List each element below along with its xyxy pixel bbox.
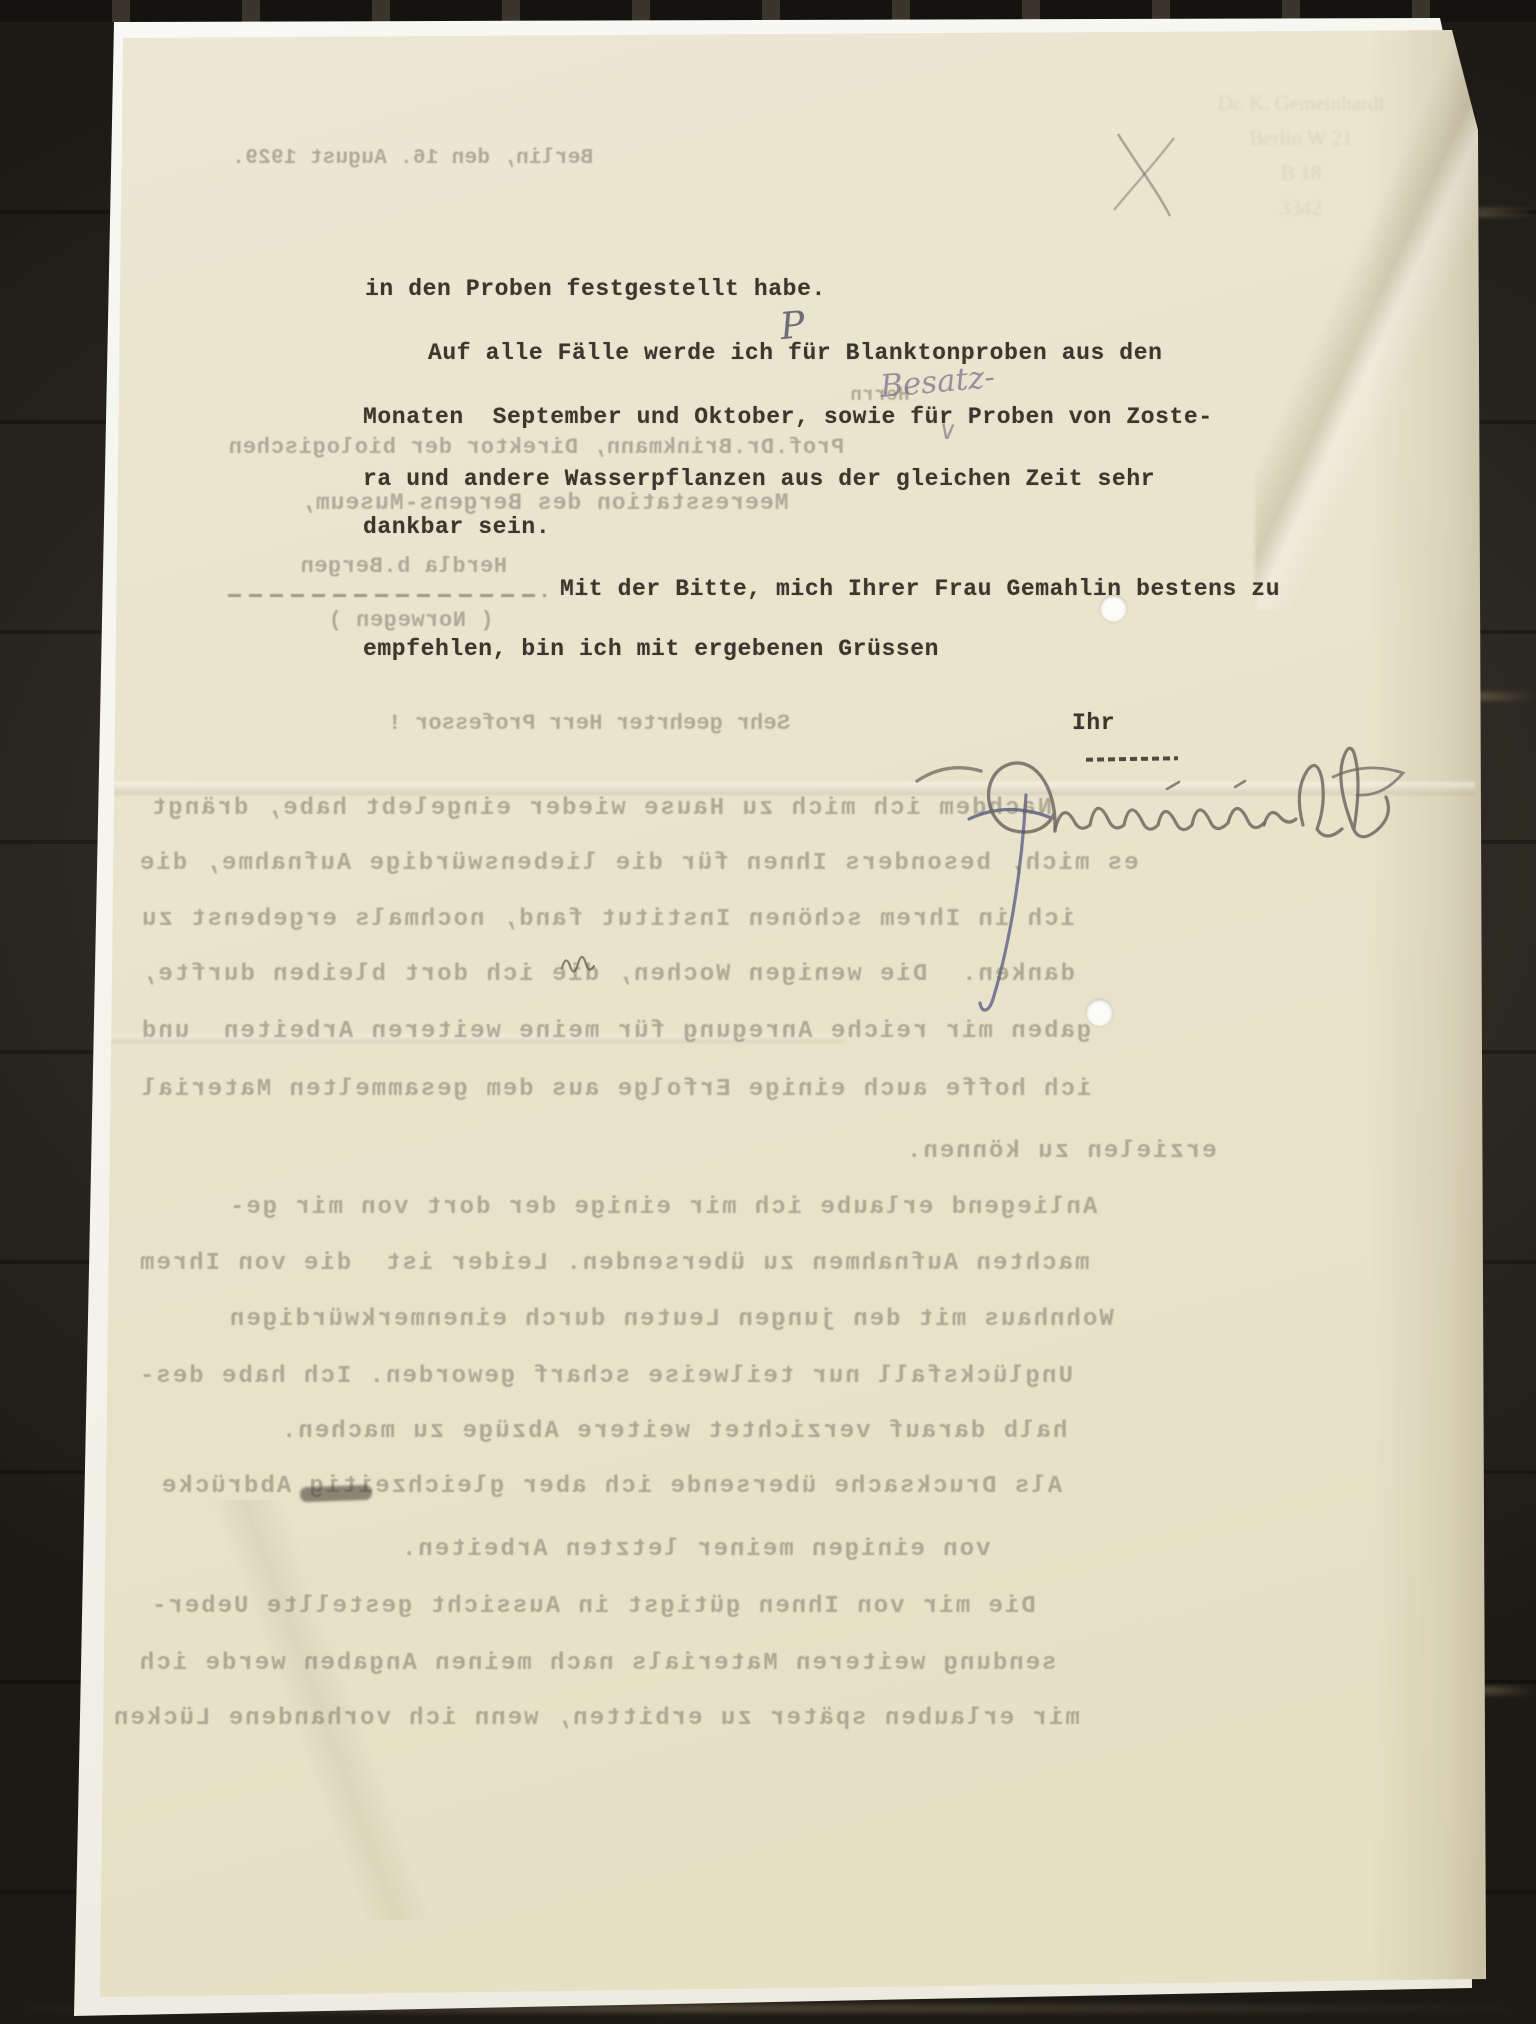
- bleed-recipient-fragment: Herrn: [850, 386, 910, 405]
- bleed-body-line: Unglücksfall nur teilweise scharf geword…: [138, 1365, 1073, 1389]
- bleed-body-line: ich in Ihrem schönen Institut fand, noch…: [140, 908, 1075, 932]
- bleed-address-line: ( Norwegen ): [328, 610, 494, 632]
- typed-line: Monaten September und Oktober, sowie für…: [363, 406, 1213, 429]
- letterhead-line: B 18: [1158, 156, 1444, 191]
- strikeout-smudge: [300, 1485, 372, 1503]
- typed-line: ra und andere Wasserpflanzen aus der gle…: [363, 468, 1155, 491]
- bleed-body-line: sendung weiteren Materials nach meinen A…: [138, 1652, 1057, 1676]
- bleed-address-line: Meeresstation des Bergens-Museum,: [300, 492, 788, 515]
- typed-line: in den Proben festgestellt habe.: [365, 278, 826, 301]
- letterhead-bleedthrough: Dr. K. Gemeinhardt Berlin W 21 B 18 3342: [1158, 86, 1444, 226]
- bleed-date: Berlin, den 16. August 1929.: [232, 148, 593, 169]
- bleed-body-line: mir erlauben später zu erbitten, wenn ic…: [112, 1707, 1080, 1731]
- bleed-body-line: es mich, besonders Ihnen für die liebens…: [138, 852, 1139, 876]
- bleed-body-line: von einigen meiner letzten Arbeiten.: [400, 1538, 990, 1562]
- bleed-address-line: Prof.Dr.Brinkmann, Direktor der biologis…: [228, 437, 844, 459]
- punch-hole: [1086, 999, 1113, 1026]
- bleed-body-line: gaben mir reiche Anregung für meine weit…: [140, 1020, 1091, 1044]
- letterhead-line: 3342: [1158, 191, 1444, 226]
- typed-line: empfehlen, bin ich mit ergebenen Grüssen: [363, 638, 939, 661]
- bleed-body-line: halb darauf verzichtet weitere Abzüge zu…: [280, 1420, 1067, 1444]
- letterhead-line: Berlin W 21: [1158, 121, 1444, 156]
- letter-page: Dr. K. Gemeinhardt Berlin W 21 B 18 3342…: [0, 0, 1536, 2024]
- bleed-body-line: erzielen zu können.: [905, 1140, 1217, 1164]
- bleed-address-line: Herdla b.Bergen: [300, 556, 507, 578]
- bleed-body-line: Als Drucksache übersende ich aber gleich…: [160, 1475, 1062, 1499]
- bleed-body-line: ich hoffe auch einige Erfolge aus dem ge…: [140, 1078, 1091, 1102]
- pencil-x-mark: [1108, 126, 1192, 224]
- typed-line: Ihr: [1072, 712, 1115, 735]
- bleed-body-line: machten Aufnahmen zu übersenden. Leider …: [138, 1252, 1089, 1276]
- pencil-squiggle: [558, 946, 600, 976]
- bleed-body-line: Nachdem ich mich zu Hause wieder eingele…: [150, 797, 1052, 821]
- typed-line: Mit der Bitte, mich Ihrer Frau Gemahlin …: [560, 578, 1280, 601]
- bleed-salutation: Sehr geehrter Herr Professor !: [388, 713, 790, 735]
- punch-hole: [1100, 595, 1127, 622]
- insertion-caret: ∨: [936, 415, 958, 447]
- letterhead-line: Dr. K. Gemeinhardt: [1158, 86, 1444, 121]
- bleed-body-line: Die mir von Ihnen gütigst in Aussicht ge…: [150, 1595, 1036, 1619]
- bleed-body-line: Wohnhaus mit den jungen Leuten durch ein…: [228, 1308, 1114, 1332]
- bleed-body-line: Anliegend erlaube ich mir einige der dor…: [228, 1196, 1097, 1220]
- handwritten-correction-p: P: [778, 303, 807, 348]
- typed-line: dankbar sein.: [363, 516, 550, 539]
- bleed-dashed-line: [228, 594, 546, 597]
- bleed-body-line: danken. Die wenigen Wochen, die ich dort…: [140, 963, 1075, 987]
